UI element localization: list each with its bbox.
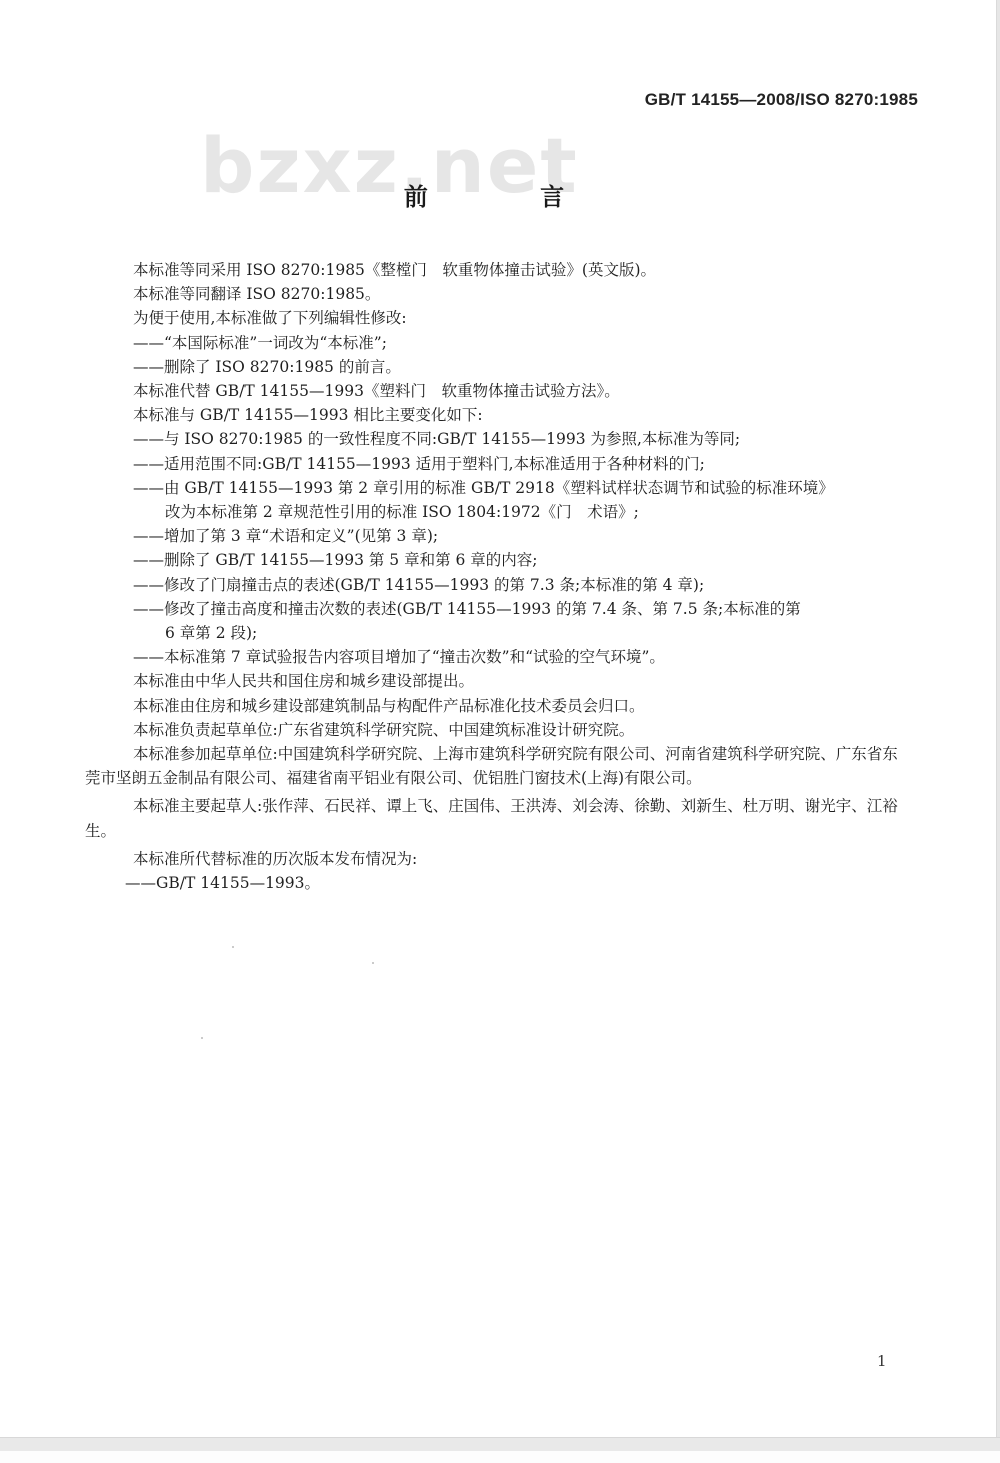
- page-separator: [0, 1437, 1000, 1452]
- list-item: ——删除了 GB/T 14155—1993 第 5 章和第 6 章的内容;: [85, 548, 910, 572]
- standard-code-header: GB/T 14155—2008/ISO 8270:1985: [645, 90, 918, 110]
- list-item: ——由 GB/T 14155—1993 第 2 章引用的标准 GB/T 2918…: [85, 476, 910, 500]
- history-intro: 本标准所代替标准的历次版本发布情况为:: [85, 847, 910, 871]
- paragraph: 本标准等同翻译 ISO 8270:1985。: [85, 282, 910, 306]
- document-page: bzxz.net GB/T 14155—2008/ISO 8270:1985 前…: [0, 0, 996, 1437]
- list-item: ——删除了 ISO 8270:1985 的前言。: [85, 355, 910, 379]
- list-item: ——修改了门扇撞击点的表述(GB/T 14155—1993 的第 7.3 条;本…: [85, 573, 910, 597]
- list-item: ——修改了撞击高度和撞击次数的表述(GB/T 14155—1993 的第 7.4…: [85, 597, 910, 621]
- participants-paragraph: 本标准参加起草单位:中国建筑科学研究院、上海市建筑科学研究院有限公司、河南省建筑…: [85, 742, 907, 790]
- paragraph: 本标准负责起草单位:广东省建筑科学研究院、中国建筑标准设计研究院。: [85, 718, 910, 742]
- paragraph: 本标准代替 GB/T 14155—1993《塑料门 软重物体撞击试验方法》。: [85, 379, 910, 403]
- list-item: ——“本国际标准”一词改为“本标准”;: [85, 331, 910, 355]
- paragraph: 本标准与 GB/T 14155—1993 相比主要变化如下:: [85, 403, 910, 427]
- list-item: ——适用范围不同:GB/T 14155—1993 适用于塑料门,本标准适用于各种…: [85, 452, 910, 476]
- vertical-scrollbar[interactable]: [996, 0, 1000, 1437]
- list-item-continuation: 6 章第 2 段);: [85, 621, 910, 645]
- list-item: ——增加了第 3 章“术语和定义”(见第 3 章);: [85, 524, 910, 548]
- scan-speck: [372, 962, 374, 964]
- next-page-edge: [0, 1451, 1000, 1463]
- page-title: 前 言: [0, 177, 1000, 212]
- list-item: ——本标准第 7 章试验报告内容项目增加了“撞击次数”和“试验的空气环境”。: [85, 645, 910, 669]
- paragraph: 本标准等同采用 ISO 8270:1985《整樘门 软重物体撞击试验》(英文版)…: [85, 258, 910, 282]
- list-item-continuation: 改为本标准第 2 章规范性引用的标准 ISO 1804:1972《门 术语》;: [85, 500, 910, 524]
- page-number: 1: [877, 1352, 887, 1370]
- scan-speck: [232, 946, 234, 948]
- paragraph: 本标准由住房和城乡建设部建筑制品与构配件产品标准化技术委员会归口。: [85, 694, 910, 718]
- document-body: 本标准等同采用 ISO 8270:1985《整樘门 软重物体撞击试验》(英文版)…: [85, 258, 910, 895]
- drafters-paragraph: 本标准主要起草人:张作萍、石民祥、谭上飞、庄国伟、王洪涛、刘会涛、徐勤、刘新生、…: [85, 794, 907, 842]
- scan-speck: [201, 1037, 203, 1039]
- list-item: ——与 ISO 8270:1985 的一致性程度不同:GB/T 14155—19…: [85, 427, 910, 451]
- history-item: ——GB/T 14155—1993。: [85, 871, 910, 895]
- paragraph: 为便于使用,本标准做了下列编辑性修改:: [85, 306, 910, 330]
- paragraph: 本标准由中华人民共和国住房和城乡建设部提出。: [85, 669, 910, 693]
